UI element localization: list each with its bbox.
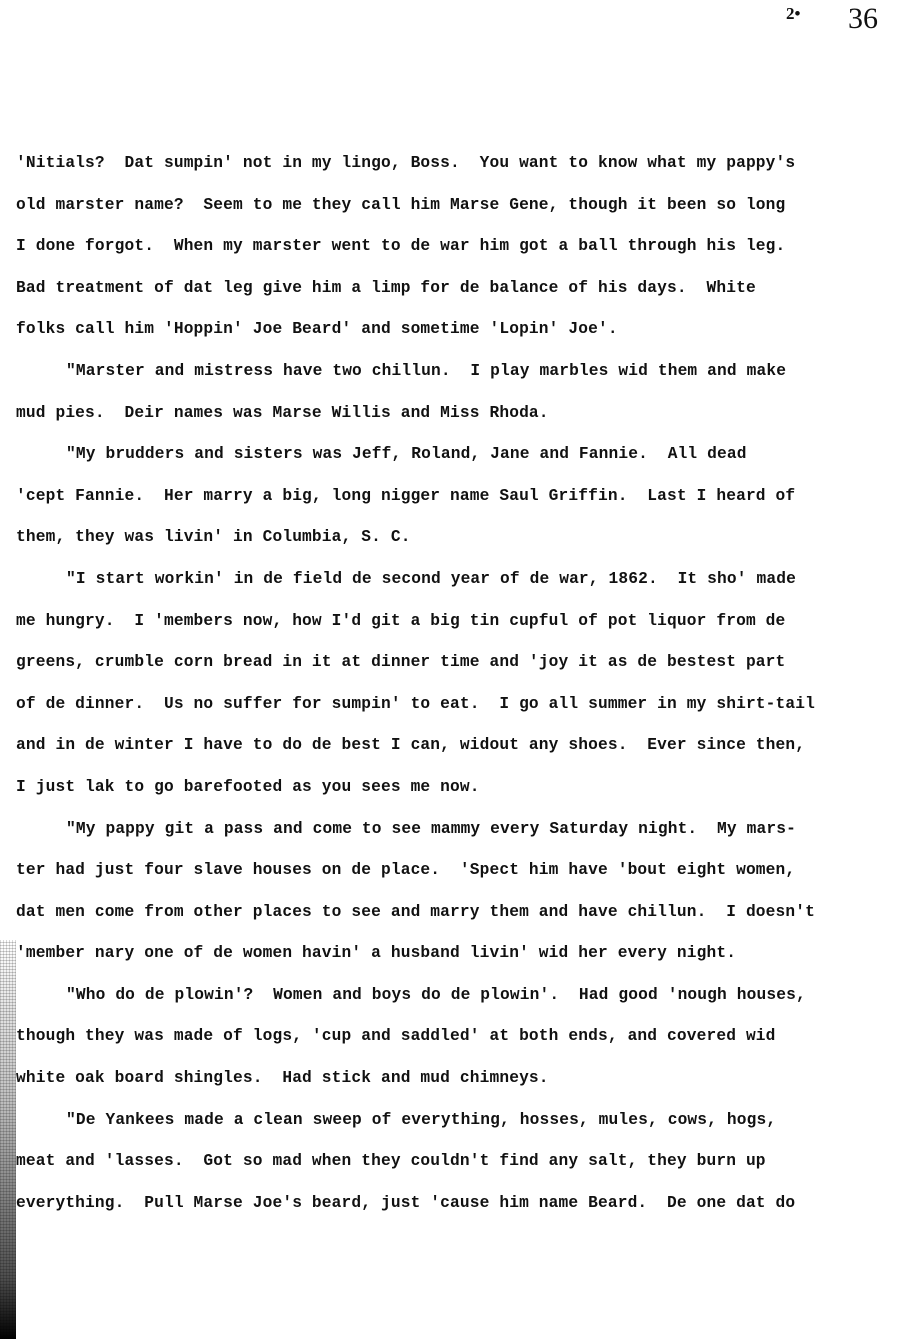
scan-edge-artifact xyxy=(0,940,16,1339)
text-line: dat men come from other places to see an… xyxy=(16,897,886,939)
page-mark: 2• xyxy=(786,4,800,24)
text-line: "I start workin' in de field de second y… xyxy=(16,564,886,606)
text-line: 'Nitials? Dat sumpin' not in my lingo, B… xyxy=(16,148,886,190)
text-line: of de dinner. Us no suffer for sumpin' t… xyxy=(16,689,886,731)
text-line: though they was made of logs, 'cup and s… xyxy=(16,1021,886,1063)
text-line: and in de winter I have to do de best I … xyxy=(16,730,886,772)
text-line: folks call him 'Hoppin' Joe Beard' and s… xyxy=(16,314,886,356)
page-number: 36 xyxy=(848,2,878,36)
text-line: "De Yankees made a clean sweep of everyt… xyxy=(16,1105,886,1147)
text-line: old marster name? Seem to me they call h… xyxy=(16,190,886,232)
text-line: everything. Pull Marse Joe's beard, just… xyxy=(16,1188,886,1230)
text-line: white oak board shingles. Had stick and … xyxy=(16,1063,886,1105)
text-line: mud pies. Deir names was Marse Willis an… xyxy=(16,398,886,440)
text-line: 'member nary one of de women havin' a hu… xyxy=(16,938,886,980)
text-line: "My pappy git a pass and come to see mam… xyxy=(16,814,886,856)
text-line: Bad treatment of dat leg give him a limp… xyxy=(16,273,886,315)
text-line: greens, crumble corn bread in it at dinn… xyxy=(16,647,886,689)
text-line: "Who do de plowin'? Women and boys do de… xyxy=(16,980,886,1022)
text-line: 'cept Fannie. Her marry a big, long nigg… xyxy=(16,481,886,523)
transcript-body: 'Nitials? Dat sumpin' not in my lingo, B… xyxy=(16,148,886,1229)
text-line: me hungry. I 'members now, how I'd git a… xyxy=(16,606,886,648)
text-line: meat and 'lasses. Got so mad when they c… xyxy=(16,1146,886,1188)
text-line: I just lak to go barefooted as you sees … xyxy=(16,772,886,814)
text-line: I done forgot. When my marster went to d… xyxy=(16,231,886,273)
text-line: them, they was livin' in Columbia, S. C. xyxy=(16,522,886,564)
text-line: "Marster and mistress have two chillun. … xyxy=(16,356,886,398)
text-line: ter had just four slave houses on de pla… xyxy=(16,855,886,897)
text-line: "My brudders and sisters was Jeff, Rolan… xyxy=(16,439,886,481)
